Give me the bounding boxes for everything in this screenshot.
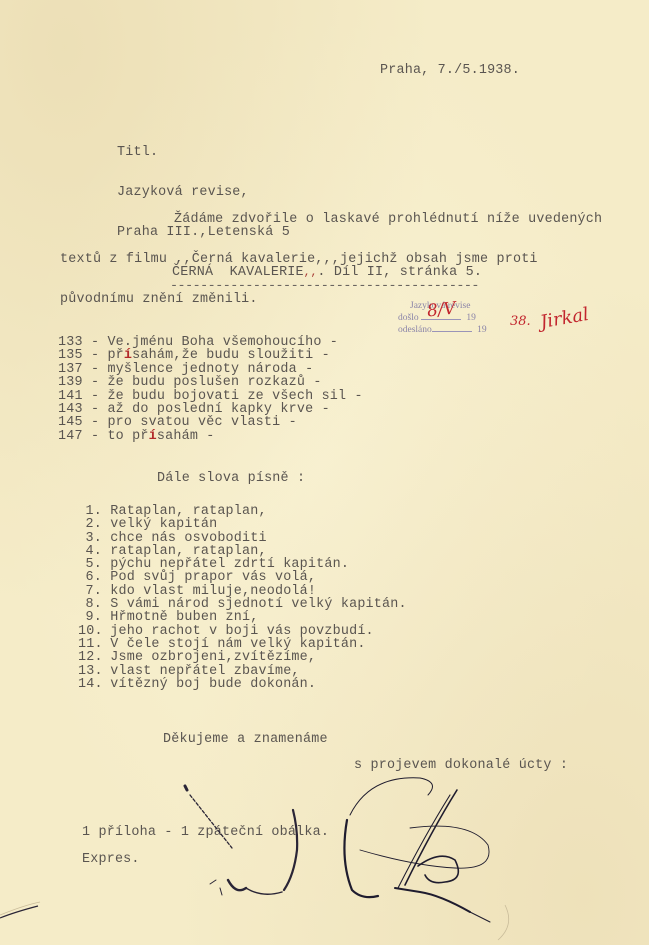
stamp-year: 19: [477, 325, 487, 335]
song-line-number: 2.: [78, 518, 102, 531]
song-line-number: 9.: [78, 611, 102, 624]
handwritten-date: 8/V: [426, 299, 457, 322]
edge-pen-stroke: [0, 906, 38, 918]
song-line: 6. Pod svůj prapor vás volá,: [78, 571, 407, 584]
song-line-number: 3.: [78, 532, 102, 545]
heading-rest: . Díl II, stránka 5.: [317, 265, 482, 280]
signature-stamp-mark: [185, 786, 297, 895]
song-line-number: 6.: [78, 571, 102, 584]
numbered-line: 147 - to přísahám -: [58, 430, 363, 443]
song-line: 10. jeho rachot v boji vás povzbudí.: [78, 625, 407, 638]
stamp-sent-label: odesláno: [398, 325, 432, 335]
song-line: 3. chce nás osvoboditi: [78, 532, 407, 545]
intro-line: Žádáme zdvořile o laskavé prohlédnutí ní…: [60, 213, 602, 226]
attachment-line: 1 příloha - 1 zpáteční obálka.: [82, 826, 329, 839]
song-line-number: 14.: [78, 678, 102, 691]
song-line: 13. vlast nepřátel zbavíme,: [78, 665, 407, 678]
song-line: 4. rataplan, rataplan,: [78, 545, 407, 558]
song-line: 8. S vámi národ sjednotí velký kapitán.: [78, 598, 407, 611]
numbered-line: 139 - že budu poslušen rozkazů -: [58, 376, 363, 389]
song-line: 9. Hřmotně buben zní,: [78, 611, 407, 624]
numbered-lines: 133 - Ve.jménu Boha všemohoucího -135 - …: [58, 336, 363, 443]
addressee-line: Titl.: [117, 146, 290, 159]
numbered-line: 133 - Ve.jménu Boha všemohoucího -: [58, 336, 363, 349]
heading-correction-mark: ,,: [304, 267, 318, 279]
heading-title: ČERNÁ KAVALERIE: [172, 265, 304, 280]
song-line-text: vítězný boj bude dokonán.: [110, 677, 316, 692]
song-line: 12. Jsme ozbrojeni,zvítězíme,: [78, 651, 407, 664]
ink-marks: [0, 0, 649, 945]
date-line: Praha, 7./5.1938.: [380, 64, 520, 77]
song-line: 1. Rataplan, rataplan,: [78, 505, 407, 518]
numbered-line: 137 - myšlence jednoty národa -: [58, 363, 363, 376]
line-text: sahám -: [157, 429, 215, 444]
intro-line: původnímu znění změnili.: [60, 293, 602, 306]
song-line: 2. velký kapitán: [78, 518, 407, 531]
red-correction-mark: í: [149, 429, 157, 444]
song-line: 7. kdo vlast miluje,neodolá!: [78, 585, 407, 598]
regards-line: s projevem dokonalé úcty :: [354, 759, 568, 772]
numbered-line: 141 - že budu bojovati ze všech sil -: [58, 390, 363, 403]
numbered-line: 135 - přísahám,že budu sloužiti -: [58, 349, 363, 362]
line-number: 147: [58, 429, 83, 444]
song-line: 11. V čele stojí nám velký kapitán.: [78, 638, 407, 651]
intro-paragraph: Žádáme zdvořile o laskavé prohlédnutí ní…: [60, 186, 602, 320]
handwritten-year: 38.: [510, 314, 531, 329]
delivery-line: Expres.: [82, 853, 140, 866]
numbered-line: 143 - až do poslední kapky krve -: [58, 403, 363, 416]
song-heading: Dále slova písně :: [157, 472, 305, 485]
stamp-received-label: došlo: [398, 313, 419, 323]
closing-line: Děkujeme a znamenáme: [163, 733, 328, 746]
numbered-line: 145 - pro svatou věc vlasti -: [58, 416, 363, 429]
song-line: 5. pýchu nepřátel zdrtí kapitán.: [78, 558, 407, 571]
main-signature: [344, 778, 490, 922]
stamp-year: 19: [466, 313, 476, 323]
line-text-prefix: to př: [107, 429, 148, 444]
faint-pencil-marks: [0, 902, 509, 940]
song-line-number: 12.: [78, 651, 102, 664]
song-line-number: 13.: [78, 665, 102, 678]
song-line: 14. vítězný boj bude dokonán.: [78, 678, 407, 691]
stamp-sent-row: odesláno 19: [398, 324, 487, 336]
song-lines: 1. Rataplan, rataplan,2. velký kapitán3.…: [78, 505, 407, 691]
dash-rule: ----------------------------------------…: [170, 280, 479, 293]
